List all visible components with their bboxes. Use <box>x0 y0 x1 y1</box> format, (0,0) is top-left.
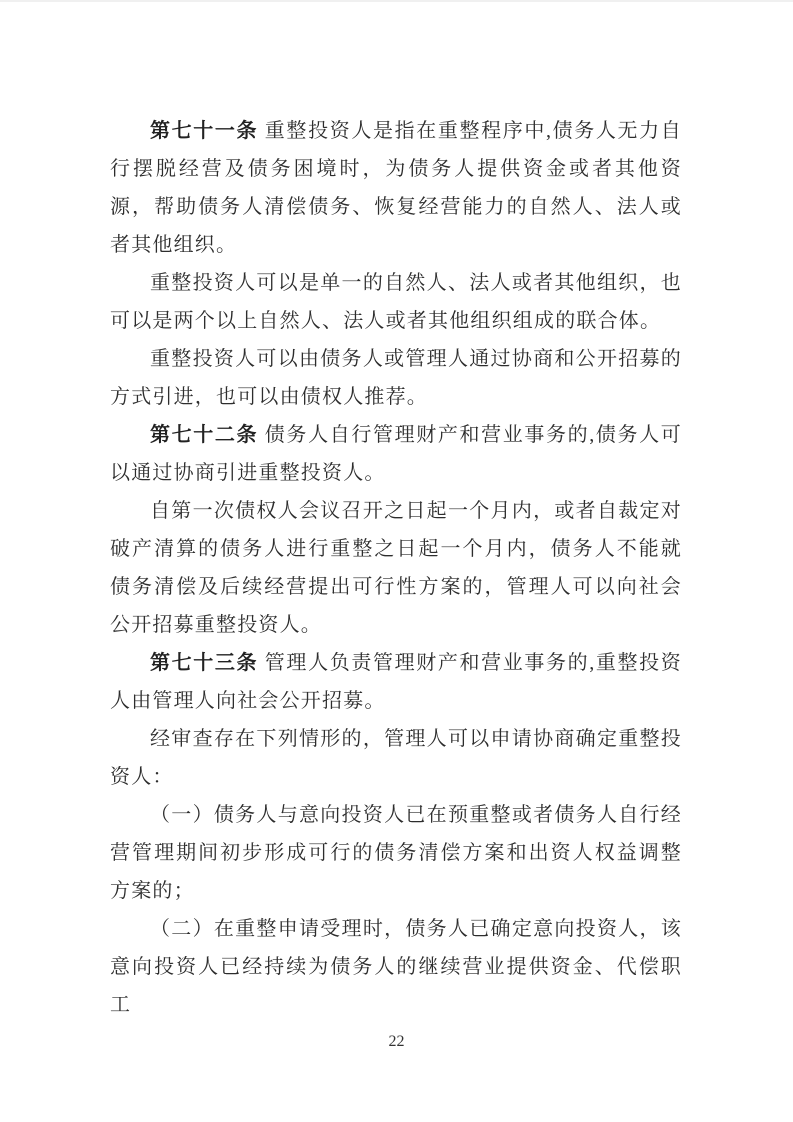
paragraph: 重整投资人可以由债务人或管理人通过协商和公开招募的方式引进，也可以由债权人推荐。 <box>110 340 682 416</box>
paragraph: 重整投资人可以是单一的自然人、法人或者其他组织，也可以是两个以上自然人、法人或者… <box>110 264 682 340</box>
paragraph-text: 重整投资人可以由债务人或管理人通过协商和公开招募的方式引进，也可以由债权人推荐。 <box>110 348 682 408</box>
paragraph: 经审查存在下列情形的，管理人可以申请协商确定重整投资人： <box>110 720 682 796</box>
document-page: 第七十一条 重整投资人是指在重整程序中,债务人无力自行摆脱经营及债务困境时，为债… <box>0 0 793 1122</box>
page-number: 22 <box>0 1032 793 1052</box>
paragraph-text: （一）债务人与意向投资人已在预重整或者债务人自行经营管理期间初步形成可行的债务清… <box>110 804 682 902</box>
page-top-edge <box>0 0 793 2</box>
paragraph: 自第一次债权人会议召开之日起一个月内，或者自裁定对破产清算的债务人进行重整之日起… <box>110 492 682 644</box>
paragraph-text: （二）在重整申请受理时，债务人已确定意向投资人，该意向投资人已经持续为债务人的继… <box>110 918 682 1016</box>
article-number: 第七十三条 <box>150 652 258 674</box>
paragraph: 第七十一条 重整投资人是指在重整程序中,债务人无力自行摆脱经营及债务困境时，为债… <box>110 112 682 264</box>
document-body: 第七十一条 重整投资人是指在重整程序中,债务人无力自行摆脱经营及债务困境时，为债… <box>110 112 682 1024</box>
paragraph-text: 自第一次债权人会议召开之日起一个月内，或者自裁定对破产清算的债务人进行重整之日起… <box>110 500 682 636</box>
paragraph: （一）债务人与意向投资人已在预重整或者债务人自行经营管理期间初步形成可行的债务清… <box>110 796 682 910</box>
paragraph-text: 经审查存在下列情形的，管理人可以申请协商确定重整投资人： <box>110 728 682 788</box>
paragraph-text: 重整投资人可以是单一的自然人、法人或者其他组织，也可以是两个以上自然人、法人或者… <box>110 272 682 332</box>
article-number: 第七十二条 <box>150 424 258 446</box>
paragraph: 第七十二条 债务人自行管理财产和营业事务的,债务人可以通过协商引进重整投资人。 <box>110 416 682 492</box>
paragraph: 第七十三条 管理人负责管理财产和营业事务的,重整投资人由管理人向社会公开招募。 <box>110 644 682 720</box>
paragraph: （二）在重整申请受理时，债务人已确定意向投资人，该意向投资人已经持续为债务人的继… <box>110 910 682 1024</box>
article-number: 第七十一条 <box>150 120 258 142</box>
